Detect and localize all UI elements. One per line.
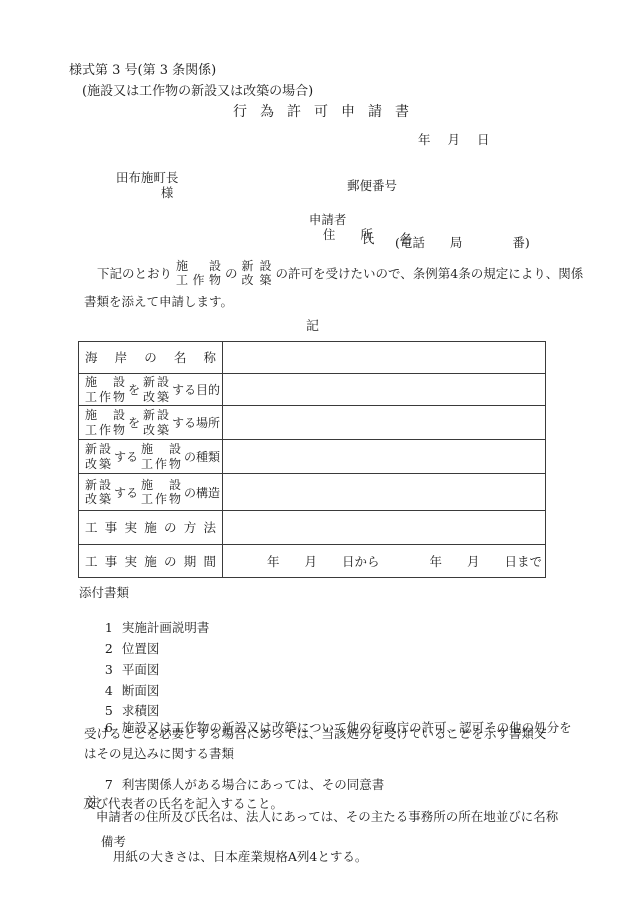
intro-particle: の [225,266,238,281]
recipient-name: 田布施町長 [116,170,179,185]
table-row-label-structure: 新設 改築 する 施設 工作物 の構造 [79,473,223,510]
applicant-label: 申請者 [309,212,347,227]
new-rebuild-stack: 新設 改築 [85,478,111,507]
case-note: (施設又は工作物の新設又は改築の場合) [82,84,313,99]
date-month-label: 月 [448,132,461,147]
new-rebuild-stack: 新設 改築 [143,375,169,404]
remark-label: 備考 [101,834,126,849]
attachment-item-continuation: はその見込みに関する書類 [84,746,234,761]
new-rebuild-stack: 新設 改築 [242,259,272,288]
date-year-label: 年 [418,132,431,147]
table-row-value-coast-name [223,342,545,373]
date-day-label: 日 [477,132,490,147]
remark-text: 用紙の大きさは、日本産業規格A列4とする。 [113,849,367,864]
remark-line: 備考 用紙の大きさは、日本産業規格A列4とする。 [85,819,367,879]
application-form-page: 様式第 3 号(第 3 条関係) (施設又は工作物の新設又は改築の場合) 行為許… [0,0,630,903]
table-row-value-location [223,405,545,439]
intro-line-1: 下記のとおり 施設 工作物 の 新設 改築 の許可を受けたいので、条例第4条の規… [97,258,583,288]
recipient-line: 田布施町長 様 [100,155,178,215]
honorific: 様 [161,185,174,200]
table-row-label-kind: 新設 改築 する 施設 工作物 の種類 [79,439,223,473]
table-row-label-purpose: 施設 工作物 を 新設 改築 する目的 [79,373,223,405]
form-number: 様式第 3 号(第 3 条関係) [69,63,216,78]
new-rebuild-stack: 新設 改築 [85,442,111,471]
table-row-label-period: 工事実施の期間 [79,544,223,577]
facility-structure-stack: 施設 工作物 [85,408,125,437]
intro-pre-text: 下記のとおり [97,266,172,281]
table-row-label-coast-name: 海岸の名称 [79,342,223,373]
postal-code-label: 郵便番号 [347,178,397,193]
table-row-value-structure [223,473,545,510]
note-line-continuation: 及び代表者の氏名を記入すること。 [83,796,283,811]
date-line: 年 月 日 [418,132,490,147]
facility-structure-stack: 施設 工作物 [141,442,181,471]
phone-label: (電話 局 番) [395,235,530,250]
attachments-heading: 添付書類 [79,585,129,600]
table-row-label-method: 工事実施の方法 [79,510,223,544]
new-rebuild-stack: 新設 改築 [143,408,169,437]
table-row-value-method [223,510,545,544]
table-row-value-purpose [223,373,545,405]
intro-post-text: の許可を受けたいので、条例第4条の規定により、関係 [276,266,584,281]
application-table: 海岸の名称 施設 工作物 を 新設 改築 する目的 施設 [78,341,546,578]
facility-structure-stack: 施設 工作物 [141,478,181,507]
record-heading: 記 [306,319,319,334]
intro-line-2: 書類を添えて申請します。 [84,294,233,309]
facility-structure-stack: 施設 工作物 [176,259,221,288]
page-title: 行為許可申請書 [233,105,422,120]
facility-structure-stack: 施設 工作物 [85,375,125,404]
table-row-label-location: 施設 工作物 を 新設 改築 する場所 [79,405,223,439]
attachment-item-continuation: 受けることを必要とする場合にあっては、当該処分を受けていることを示す書類又 [84,726,546,741]
table-row-value-kind [223,439,545,473]
table-row-value-period: 年 月 日から 年 月 日まで [223,544,545,577]
